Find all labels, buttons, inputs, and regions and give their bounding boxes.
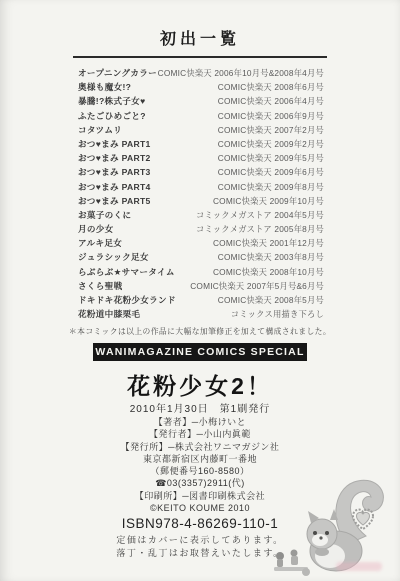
- work-title: 暴騰!?株式子女♥: [78, 94, 145, 108]
- publication-source: COMIC快楽天 2007年5月号&6月号: [190, 279, 324, 293]
- revision-footnote: ＊本コミックは以上の作品に大幅な加筆修正を加えて構成されました。: [0, 326, 400, 337]
- title-divider: [73, 56, 327, 58]
- publication-source: COMIC快楽天 2006年10月号&2008年4月号: [158, 66, 324, 80]
- squirrel-nose: [319, 536, 322, 539]
- list-item: おつ♥まみ PART3COMIC快楽天 2009年6月号: [78, 165, 324, 179]
- imprint-banner: WANIMAGAZINE COMICS SPECIAL: [93, 343, 307, 361]
- publication-source: コミックメガストア 2004年5月号: [196, 208, 324, 222]
- work-title: おつ♥まみ PART1: [78, 137, 151, 151]
- work-title: おつ♥まみ PART5: [78, 194, 151, 208]
- publishing-house-line: 【発行所】─株式会社ワニマガジン社: [0, 441, 400, 453]
- publication-source: COMIC快楽天 2008年6月号: [218, 80, 324, 94]
- tiny-figure: [291, 550, 298, 557]
- squirrel-eye-right: [325, 531, 329, 535]
- work-title: おつ♥まみ PART2: [78, 151, 151, 165]
- publication-source: COMIC快楽天 2009年6月号: [218, 165, 324, 179]
- work-title: おつ♥まみ PART4: [78, 180, 151, 194]
- list-item: アルキ足女COMIC快楽天 2001年12月号: [78, 236, 324, 250]
- work-title: 奥様も魔女!?: [78, 80, 131, 94]
- work-title: おつ♥まみ PART3: [78, 165, 151, 179]
- squirrel-paws: [315, 548, 329, 556]
- work-title: オープニングカラー: [78, 66, 157, 80]
- list-item: お菓子のくにコミックメガストア 2004年5月号: [78, 208, 324, 222]
- book-colophon-page: 初出一覧 オープニングカラーCOMIC快楽天 2006年10月号&2008年4月…: [0, 0, 400, 581]
- list-item: 奥様も魔女!?COMIC快楽天 2008年6月号: [78, 80, 324, 94]
- publication-source: COMIC快楽天 2001年12月号: [213, 236, 324, 250]
- author-line: 【著者】─小梅けいと: [0, 416, 400, 428]
- list-item: おつ♥まみ PART1COMIC快楽天 2009年2月号: [78, 137, 324, 151]
- list-item: おつ♥まみ PART4COMIC快楽天 2009年8月号: [78, 180, 324, 194]
- work-title: ドキドキ花粉少女ランド: [78, 293, 176, 307]
- list-item: 月の少女コミックメガストア 2005年8月号: [78, 222, 324, 236]
- tiny-figure: [277, 559, 283, 567]
- squirrel-eye-left: [313, 531, 317, 535]
- publisher-line: 【発行者】─小山内眞範: [0, 428, 400, 440]
- work-title: 花粉道中膝栗毛: [78, 307, 140, 321]
- work-title: さくら聖戦: [78, 279, 122, 293]
- list-item: ドキドキ花粉少女ランドCOMIC快楽天 2008年5月号: [78, 293, 324, 307]
- list-item: おつ♥まみ PART2COMIC快楽天 2009年5月号: [78, 151, 324, 165]
- publication-source: COMIC快楽天 2008年10月号: [213, 265, 324, 279]
- publication-source: COMIC快楽天 2009年5月号: [218, 151, 324, 165]
- work-title: お菓子のくに: [78, 208, 131, 222]
- squirrel-muzzle: [312, 534, 328, 546]
- page-title: 初出一覧: [0, 26, 400, 49]
- tiny-figure: [291, 556, 298, 565]
- work-title: ジュラシック足女: [78, 250, 149, 264]
- publication-source: COMIC快楽天 2009年8月号: [218, 180, 324, 194]
- work-title: アルキ足女: [78, 236, 122, 250]
- scanlation-watermark: [336, 562, 382, 571]
- list-item: さくら聖戦COMIC快楽天 2007年5月号&6月号: [78, 279, 324, 293]
- publication-source: コミックメガストア 2005年8月号: [196, 222, 324, 236]
- publication-source: COMIC快楽天 2008年5月号: [218, 293, 324, 307]
- heart-inner: [357, 512, 370, 525]
- list-item: 暴騰!?株式子女♥COMIC快楽天 2006年4月号: [78, 94, 324, 108]
- publication-source: COMIC快楽天 2009年2月号: [218, 137, 324, 151]
- tiny-figure: [276, 552, 284, 560]
- publication-source: COMIC快楽天 2003年8月号: [218, 250, 324, 264]
- list-item: コタツムリCOMIC快楽天 2007年2月号: [78, 123, 324, 137]
- list-item: おつ♥まみ PART5COMIC快楽天 2009年10月号: [78, 194, 324, 208]
- list-item: ジュラシック足女COMIC快楽天 2003年8月号: [78, 250, 324, 264]
- publication-source: COMIC快楽天 2006年9月号: [218, 109, 324, 123]
- publication-source: コミックス用描き下ろし: [231, 307, 324, 321]
- first-publication-list: オープニングカラーCOMIC快楽天 2006年10月号&2008年4月号 奥様も…: [78, 66, 324, 321]
- work-title: ふたごひめごと?: [78, 109, 146, 123]
- edition-date: 2010年1月30日 第1刷発行: [0, 400, 400, 415]
- list-item: オープニングカラーCOMIC快楽天 2006年10月号&2008年4月号: [78, 66, 324, 80]
- publication-source: COMIC快楽天 2007年2月号: [218, 123, 324, 137]
- publication-source: COMIC快楽天 2006年4月号: [218, 94, 324, 108]
- list-item: 花粉道中膝栗毛コミックス用描き下ろし: [78, 307, 324, 321]
- publication-source: COMIC快楽天 2009年10月号: [213, 194, 324, 208]
- book-title: 花粉少女2！: [0, 368, 400, 401]
- list-item: ふたごひめごと?COMIC快楽天 2006年9月号: [78, 109, 324, 123]
- work-title: らぶらぶ★サマータイム: [78, 265, 175, 279]
- work-title: コタツムリ: [78, 123, 122, 137]
- tiny-figure: [302, 568, 310, 576]
- list-item: らぶらぶ★サマータイムCOMIC快楽天 2008年10月号: [78, 265, 324, 279]
- work-title: 月の少女: [78, 222, 114, 236]
